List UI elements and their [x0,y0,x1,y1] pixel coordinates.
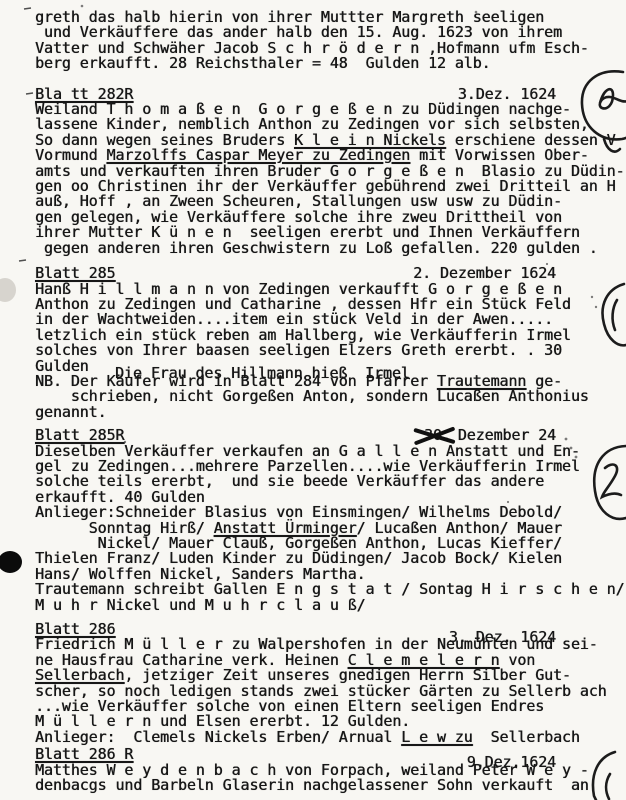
text-line: Anlieger: Clemels Nickels Erben/ Arnual … [35,730,556,745]
margin-pen-dashes [19,8,33,261]
text-line: solches von Ihrer baasen seeligen Elzers… [35,343,556,358]
text-segment: gegen anderen ihren Geschwistern zu Loß … [35,239,598,257]
circled-annotation-3-icon [594,446,626,519]
text-line: M u h r Nickel und M u h r c l a u ß/ [35,598,556,613]
gray-smudge [0,278,16,302]
record-block-blatt-286: Blatt 2863. Dez. 1624Friedrich M ü l l e… [35,622,556,745]
record-block-blatt-282r: Bla tt 282R3.Dez. 1624Weiland T h o m a … [35,87,556,256]
text-segment: M u h r Nickel und M u h r c l a u ß/ [35,596,365,614]
circled-annotation-4-icon [593,752,615,800]
text-segment: solches von Ihrer baasen seeligen Elzers… [35,341,562,359]
hole-punch-dot [0,551,22,573]
text-line: genannt. [35,405,556,420]
page-content: greth das halb hierin von ihrer Muttter … [35,10,556,794]
text-segment: Sellerbach [473,728,580,746]
text-segment: denbacgs und Barbeln Glaserin nachgelass… [35,776,589,794]
record-block-blatt-286r: Blatt 286 R9.Dez.1624Matthes W e y d e n… [35,747,556,793]
circled-annotation-2-icon [603,284,626,345]
record-block-continuation: greth das halb hierin von ihrer Muttter … [35,10,556,72]
text-line: schrieben, nicht Gorgeßen Anton, sondern… [35,389,556,404]
text-segment: berg erkaufft. 28 Reichsthaler = 48 Guld… [35,54,490,72]
text-line: denbacgs und Barbeln Glaserin nachgelass… [35,778,556,793]
interlinear-insertion: Die Frau des Hillmann hieß Irmel [115,366,410,381]
text-segment: Anlieger: Clemels Nickels Erben/ Arnual [35,728,401,746]
text-line: gegen anderen ihren Geschwistern zu Loß … [35,241,556,256]
record-block-blatt-285r: Blatt 285R30.Dezember 24Dieselben Verkäu… [35,428,556,613]
text-line: berg erkaufft. 28 Reichsthaler = 48 Guld… [35,56,556,71]
page: greth das halb hierin von ihrer Muttter … [0,0,626,800]
record-block-blatt-285: Blatt 2852. Dezember 1624Hanß H i l l m … [35,266,556,420]
underlined-name: L e w zu [401,728,472,746]
text-segment: genannt. [35,403,106,421]
text-segment: schrieben, nicht Gorgeßen Anton, sondern… [35,387,589,405]
